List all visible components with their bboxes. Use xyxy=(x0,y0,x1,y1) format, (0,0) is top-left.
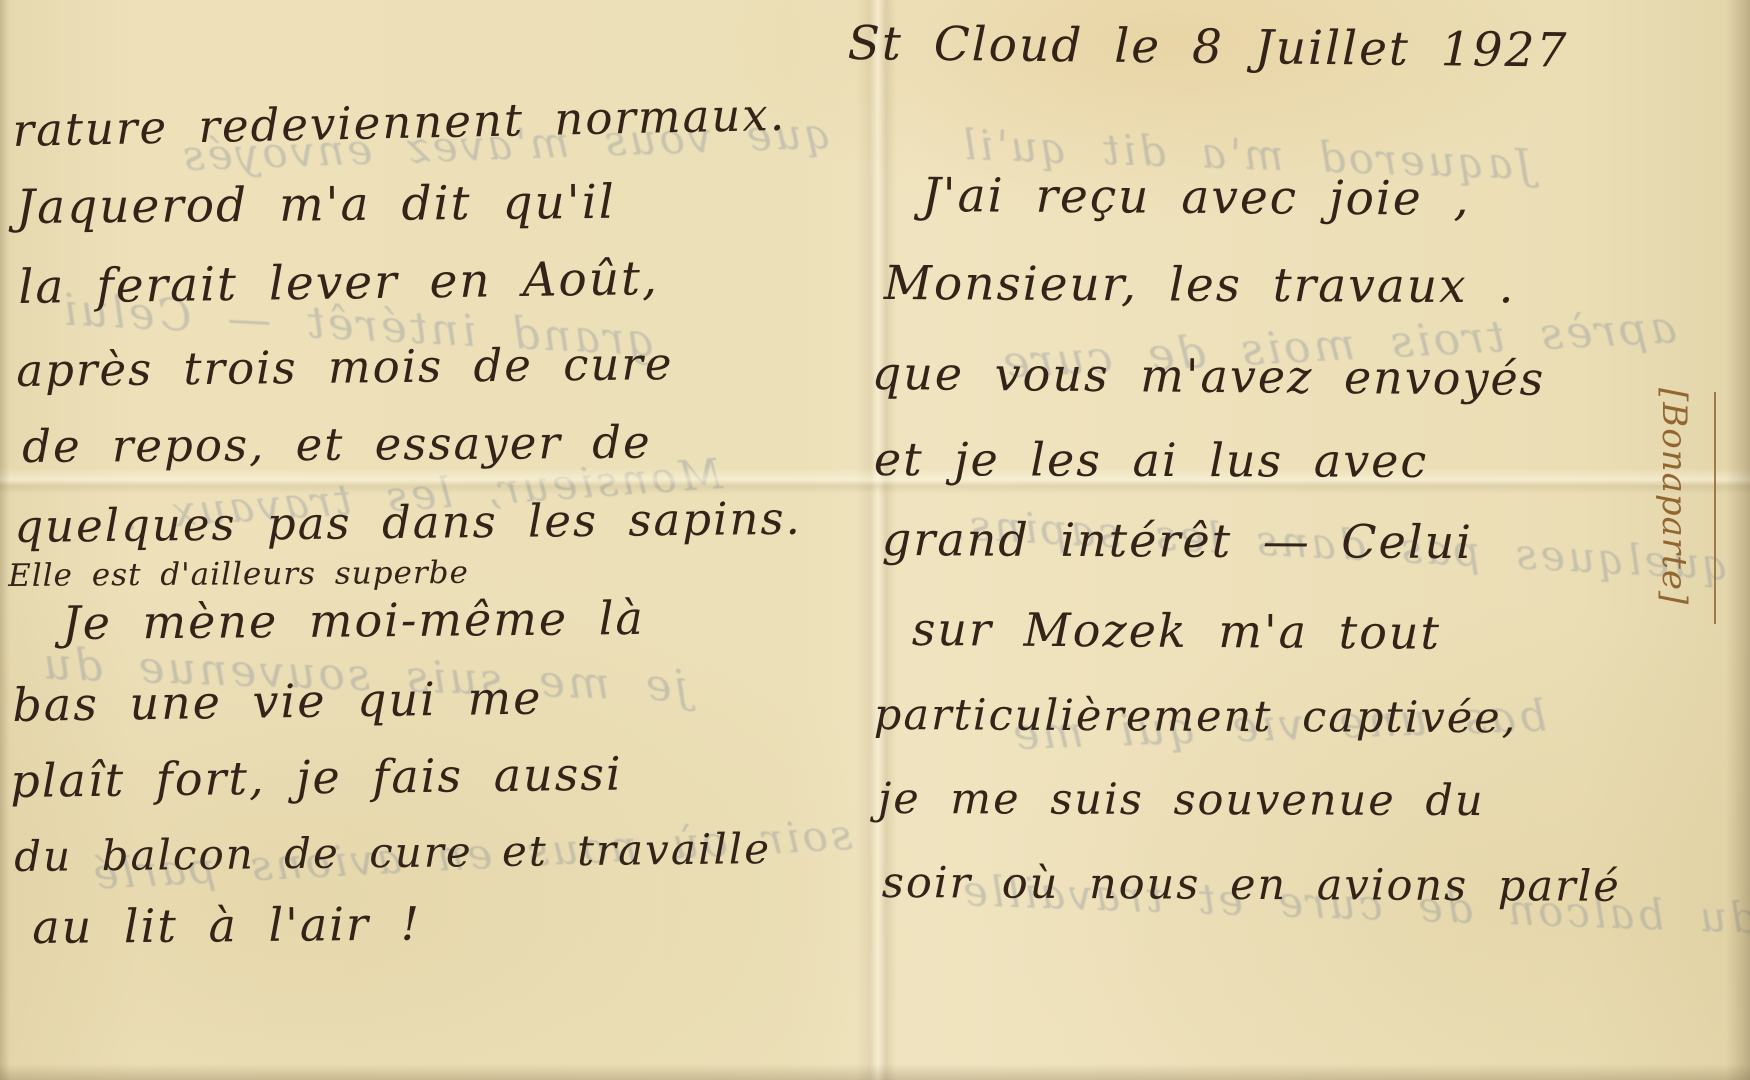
bonaparte-annotation-text: [Bonaparte] xyxy=(1654,388,1694,605)
bottom-paper-edge xyxy=(0,1064,1750,1080)
handwritten-line: plaît fort, je fais aussi xyxy=(10,747,623,808)
handwritten-line: Jaquerod m'a dit qu'il xyxy=(16,175,616,235)
annotation-strike-line xyxy=(1714,392,1716,624)
handwritten-line: de repos, et essayer de xyxy=(22,416,652,473)
left-paper-edge xyxy=(0,0,10,1080)
handwritten-line: quelques pas dans les sapins. xyxy=(14,492,802,553)
handwritten-line: particulièrement captivée, xyxy=(874,690,1518,743)
handwritten-line: sur Mozek m'a tout xyxy=(912,602,1442,660)
handwritten-line: Monsieur, les travaux . xyxy=(884,256,1516,314)
bonaparte-margin-annotation: [Bonaparte] xyxy=(1688,388,1746,628)
dateline: St Cloud le 8 Juillet 1927 xyxy=(847,16,1568,79)
handwritten-line: grand intérêt — Celui xyxy=(882,512,1473,569)
handwritten-line: soir où nous en avions parlé xyxy=(882,858,1621,912)
handwritten-line: et je les ai lus avec xyxy=(874,432,1429,488)
handwritten-line: la ferait lever en Août, xyxy=(18,251,659,315)
handwritten-line: au lit à l'air ! xyxy=(32,897,421,954)
handwritten-line: Je mène moi-même là xyxy=(62,591,645,650)
handwritten-line: après trois mois de cure xyxy=(16,337,674,397)
handwritten-line: bas une vie qui me xyxy=(12,671,543,732)
handwritten-line: du balcon de cure et travaille xyxy=(14,824,771,881)
handwritten-line: J'ai reçu avec joie , xyxy=(922,168,1471,227)
handwritten-line: je me suis souvenue du xyxy=(878,774,1485,826)
handwritten-line: que vous m'avez envoyés xyxy=(872,346,1546,406)
handwritten-line-inserted: Elle est d'ailleurs superbe xyxy=(8,555,469,594)
